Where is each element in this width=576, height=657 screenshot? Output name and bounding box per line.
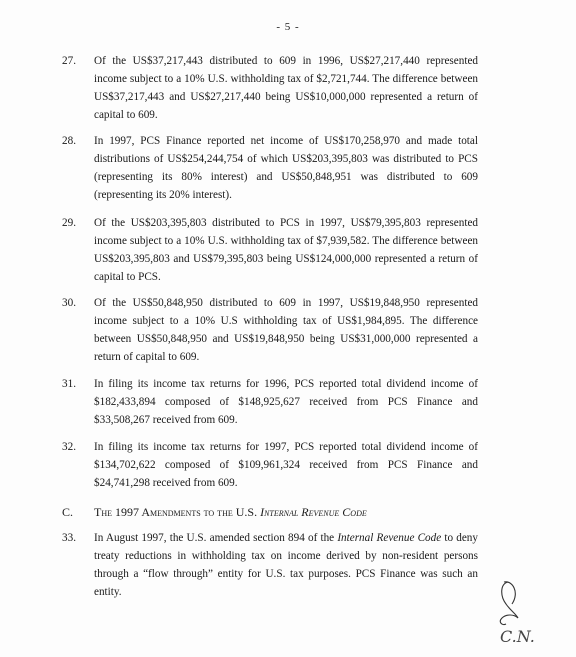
paragraph-text: In filing its income tax returns for 199…: [94, 438, 478, 492]
paragraph-number: 29.: [62, 214, 76, 232]
paragraph-number: 33.: [62, 529, 76, 547]
paragraph-number: 32.: [62, 438, 76, 456]
paragraph-text: In August 1997, the U.S. amended section…: [94, 529, 478, 601]
paragraph-text: Of the US$50,848,950 distributed to 609 …: [94, 294, 478, 366]
paragraph-text: In filing its income tax returns for 199…: [94, 375, 478, 429]
paragraph-number: 30.: [62, 294, 76, 312]
paragraph-text-part: In August 1997, the U.S. amended section…: [94, 532, 337, 544]
section-letter: C.: [62, 503, 73, 521]
paragraph-text: Of the US$203,395,803 distributed to PCS…: [94, 214, 478, 286]
paragraph-text: Of the US$37,217,443 distributed to 609 …: [94, 52, 478, 124]
paragraph-number: 28.: [62, 132, 76, 150]
page-number: - 5 -: [0, 21, 576, 33]
initials-text: C.N.: [500, 627, 535, 646]
section-title-italic: Internal Revenue Code: [260, 505, 367, 519]
paragraph-number: 31.: [62, 375, 76, 393]
paragraph-text: In 1997, PCS Finance reported net income…: [94, 132, 478, 204]
initials-signature: C.N.: [490, 578, 560, 648]
paragraph-text-italic: Internal Revenue Code: [337, 532, 441, 544]
section-title: The 1997 Amendments to the U.S. Internal…: [94, 503, 478, 521]
paragraph-number: 27.: [62, 52, 76, 70]
section-title-prefix: The 1997 Amendments to the U.S.: [94, 505, 260, 519]
